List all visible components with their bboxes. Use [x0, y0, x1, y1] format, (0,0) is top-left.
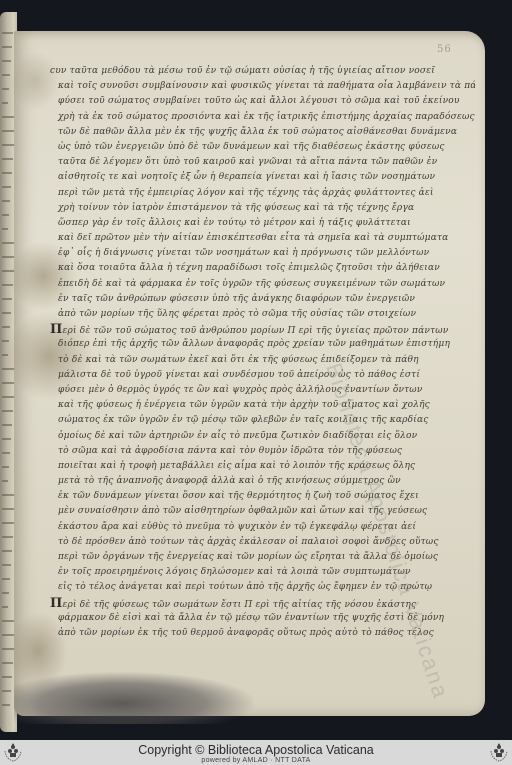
facing-page-text — [2, 144, 14, 146]
manuscript-line: ἐπειδὴ δὲ καὶ τὰ φάρμακα ἐν τοῖς ὑγρῶν τ… — [50, 277, 475, 292]
manuscript-line-text: φάρμακον δὲ εἰσὶ καὶ τὰ ἄλλα ἐν τῷ μέσῳ … — [58, 613, 444, 623]
manuscript-line-text: φύσει μὲν ὁ θερμὸς ὑγρός τε ὢν καὶ ψυχρὸ… — [58, 385, 423, 395]
papal-emblem-icon — [2, 742, 24, 763]
manuscript-line-text: ἐπειδὴ δὲ καὶ τὰ φάρμακα ἐν τοῖς ὑγρῶν τ… — [58, 279, 445, 289]
facing-page-text — [2, 466, 9, 468]
manuscript-line: μάλιστα δὲ τοῦ ὑγροῦ γίνεται καὶ συνδέσμ… — [50, 368, 475, 383]
facing-page-text — [2, 60, 11, 62]
folio-number: 56 — [437, 44, 452, 55]
manuscript-line: χρὴ τὰ ἐκ τοῦ σώματος προσιόντα καὶ ἐκ τ… — [50, 110, 475, 125]
manuscript-line-text: ἐν ταῖς τῶν ἀνθρώπων φύσεσιν ὑπὸ τῆς ἀνά… — [58, 294, 415, 304]
manuscript-line-text: σώματος ἐκ τῶν ὑγρῶν ἐν τῷ μέσῳ τῶν φλεβ… — [58, 415, 429, 425]
manuscript-line: μὲν συναίσθησιν ἀπὸ τῶν αἰσθητηρίων ὀφθα… — [50, 504, 475, 519]
manuscript-line-text: ὥσπερ γὰρ ἐν τοῖς ἄλλοις καὶ ἐν τούτῳ τὸ… — [58, 218, 411, 228]
facing-page-text — [2, 410, 13, 412]
manuscript-line-text: καὶ τῆς φύσεως ἡ ἐνέργεια τῶν ὑγρῶν κατὰ… — [58, 400, 430, 410]
manuscript-line-text: τῶν δὲ παθῶν ἄλλα μὲν ἐκ τῆς ψυχῆς ἄλλα … — [58, 127, 457, 137]
manuscript-line-text: ερὶ δὲ τῆς φύσεως τῶν σωμάτων ἔστι Π ερὶ… — [62, 600, 416, 610]
manuscript-line-text: καὶ δεῖ πρῶτον μὲν τὴν αἰτίαν ἐπισκέπτεσ… — [58, 233, 448, 243]
manuscript-line-text: ἐφ᾽ οἷς ἡ διάγνωσις γίνεται τῶν νοσημάτω… — [58, 248, 429, 258]
papal-emblem-icon — [488, 742, 510, 763]
manuscript-line-text: ἀπὸ τῶν μορίων τῆς ὕλης φέρεται πρὸς τὸ … — [58, 309, 416, 319]
facing-page-text — [2, 536, 13, 538]
manuscript-line-text: αἰσθητοῖς τε καὶ νοητοῖς ἐξ ὧν ἡ θεραπεί… — [58, 172, 435, 182]
facing-page-text — [2, 704, 10, 706]
facing-page-text — [2, 88, 9, 90]
manuscript-line: τὸ δὲ καὶ τὰ τῶν σωμάτων ἐκεῖ καὶ ὅτι ἐκ… — [50, 353, 475, 368]
facing-page-text — [2, 74, 10, 76]
facing-page-text — [2, 186, 11, 188]
facing-page-text — [2, 214, 9, 216]
manuscript-line-text: ϲυν ταῦτα μεθόδου τὰ μέσω τοῦ ἐν τῷ σώμα… — [50, 66, 435, 76]
manuscript-line-text: ὡς ὑπὸ τῶν ἐνεργειῶν ὑπὸ δὲ τῶν δυνάμεων… — [58, 142, 445, 152]
manuscript-line: καὶ δεῖ πρῶτον μὲν τὴν αἰτίαν ἐπισκέπτεσ… — [50, 231, 475, 246]
manuscript-line-text: ἑκάστου ἄρα καὶ εὐθὺς τὸ πνεῦμα τὸ ψυχικ… — [58, 522, 416, 532]
facing-page-text — [2, 564, 11, 566]
facing-page-text — [2, 396, 14, 398]
manuscript-line-text: περὶ τῶν μετὰ τῆς ἐμπειρίας λόγον καὶ τῆ… — [58, 188, 434, 198]
powered-by-text: powered by AMLAD · NTT DATA — [0, 757, 512, 765]
decorated-initial: Π — [50, 322, 62, 337]
manuscript-line: καὶ ὅσα τοιαῦτα ἄλλα ἡ τέχνη παραδίδωσι … — [50, 261, 475, 276]
manuscript-line: τῶν δὲ παθῶν ἄλλα μὲν ἐκ τῆς ψυχῆς ἄλλα … — [50, 125, 475, 140]
manuscript-line: Περὶ δὲ τῶν τοῦ σώματος τοῦ ἀνθρώπου μορ… — [50, 322, 475, 337]
facing-page-text — [2, 200, 10, 202]
manuscript-line-text: διόπερ ἐπὶ τῆς ἀρχῆς τῶν ἄλλων ἀναφορᾶς … — [58, 339, 450, 349]
manuscript-line-text: χρὴ τοίνυν τὸν ἰατρὸν ἐπιστάμενον τὰ τῆς… — [58, 203, 414, 213]
facing-page-text — [2, 32, 13, 34]
facing-page-text — [2, 690, 11, 692]
manuscript-line: καὶ τῆς φύσεως ἡ ἐνέργεια τῶν ὑγρῶν κατὰ… — [50, 398, 475, 413]
facing-page-text — [2, 298, 12, 300]
facing-page-text — [2, 676, 12, 678]
manuscript-line-text: εἰς τὸ τέλος ἀνάγεται καὶ περὶ τούτων ἀπ… — [58, 582, 432, 592]
manuscript-line: διόπερ ἐπὶ τῆς ἀρχῆς τῶν ἄλλων ἀναφορᾶς … — [50, 337, 475, 352]
facing-page-text — [2, 424, 12, 426]
manuscript-line: τὸ σῶμα καὶ τὰ ἀφροδίσια πάντα καὶ τὸν θ… — [50, 444, 475, 459]
facing-page-text — [2, 102, 8, 104]
manuscript-viewer[interactable]: 56 ϲυν ταῦτα μεθόδου τὰ μέσω τοῦ ἐν τῷ σ… — [0, 0, 512, 740]
facing-page-text — [2, 550, 12, 552]
manuscript-line-text: μάλιστα δὲ τοῦ ὑγροῦ γίνεται καὶ συνδέσμ… — [58, 370, 420, 380]
facing-page-text — [2, 172, 12, 174]
manuscript-line: φύσει τοῦ σώματος συμβαίνει τοῦτο ὡς καὶ… — [50, 94, 475, 109]
facing-page-text — [2, 606, 8, 608]
facing-page-text — [2, 480, 8, 482]
facing-page-text — [2, 578, 10, 580]
manuscript-line: ἀπὸ τῶν μορίων τῆς ὕλης φέρεται πρὸς τὸ … — [50, 307, 475, 322]
manuscript-line: ἐν ταῖς τῶν ἀνθρώπων φύσεσιν ὑπὸ τῆς ἀνά… — [50, 292, 475, 307]
manuscript-line: ἐφ᾽ οἷς ἡ διάγνωσις γίνεται τῶν νοσημάτω… — [50, 246, 475, 261]
damaged-corner — [14, 672, 254, 724]
manuscript-line: ϲυν ταῦτα μεθόδου τὰ μέσω τοῦ ἐν τῷ σώμα… — [50, 64, 475, 79]
manuscript-line-text: καὶ τοῖς συνοῦσι συμβαίνουσιν καὶ φυσικῶ… — [58, 81, 475, 91]
facing-page-text — [2, 522, 14, 524]
manuscript-line: ὁμοίως δὲ καὶ τῶν ἀρτηριῶν ἐν αἷς τὸ πνε… — [50, 429, 475, 444]
facing-page-text — [2, 46, 12, 48]
manuscript-line: καὶ τοῖς συνοῦσι συμβαίνουσιν καὶ φυσικῶ… — [50, 79, 475, 94]
manuscript-line-text: μετὰ τὸ τῆς ἀναπνοῆς ἀναφορᾷ ἀλλὰ καὶ ὁ … — [58, 476, 401, 486]
facing-page-text — [2, 158, 13, 160]
manuscript-line: ποιεῖται καὶ ἡ τροφὴ μεταβάλλει εἰς αἷμα… — [50, 459, 475, 474]
facing-page-text — [2, 228, 8, 230]
manuscript-line: μετὰ τὸ τῆς ἀναπνοῆς ἀναφορᾷ ἀλλὰ καὶ ὁ … — [50, 474, 475, 489]
manuscript-line: ὡς ὑπὸ τῶν ἐνεργειῶν ὑπὸ δὲ τῶν δυνάμεων… — [50, 140, 475, 155]
facing-page-text — [2, 592, 9, 594]
manuscript-line-text: ταῦτα δὲ λέγομεν ὅτι ὑπὸ τοῦ καιροῦ καὶ … — [58, 157, 437, 167]
manuscript-line-text: φύσει τοῦ σώματος συμβαίνει τοῦτο ὡς καὶ… — [58, 96, 460, 106]
facing-page-text — [2, 438, 11, 440]
manuscript-line: ἐκ τῶν δυνάμεων γίνεται ὅσον καὶ τῆς θερ… — [50, 489, 475, 504]
copyright-text: Copyright © Biblioteca Apostolica Vatica… — [0, 740, 512, 757]
manuscript-line: ὥσπερ γὰρ ἐν τοῖς ἄλλοις καὶ ἐν τούτῳ τὸ… — [50, 216, 475, 231]
footer: Copyright © Biblioteca Apostolica Vatica… — [0, 740, 512, 765]
manuscript-line: ἑκάστου ἄρα καὶ εὐθὺς τὸ πνεῦμα τὸ ψυχικ… — [50, 520, 475, 535]
manuscript-line: φύσει μὲν ὁ θερμὸς ὑγρός τε ὢν καὶ ψυχρὸ… — [50, 383, 475, 398]
decorated-initial: Π — [50, 596, 62, 611]
manuscript-line-text: χρὴ τὰ ἐκ τοῦ σώματος προσιόντα καὶ ἐκ τ… — [58, 112, 475, 122]
manuscript-line-text: ἀπὸ τῶν μορίων ἐκ τῆς τοῦ θερμοῦ ἀναφορᾶ… — [58, 628, 434, 638]
manuscript-line: αἰσθητοῖς τε καὶ νοητοῖς ἐξ ὧν ἡ θεραπεί… — [50, 170, 475, 185]
manuscript-text: ϲυν ταῦτα μεθόδου τὰ μέσω τοῦ ἐν τῷ σώμα… — [50, 64, 475, 641]
manuscript-line: τὸ δὲ πρόσθεν ἀπὸ τούτων τὰς ἀρχὰς ἐκάλε… — [50, 535, 475, 550]
manuscript-line-text: καὶ ὅσα τοιαῦτα ἄλλα ἡ τέχνη παραδίδωσι … — [58, 263, 440, 273]
facing-page-text — [2, 326, 10, 328]
manuscript-line: σώματος ἐκ τῶν ὑγρῶν ἐν τῷ μέσῳ τῶν φλεβ… — [50, 413, 475, 428]
manuscript-line-text: ερὶ δὲ τῶν τοῦ σώματος τοῦ ἀνθρώπου μορί… — [62, 326, 448, 336]
manuscript-line: περὶ τῶν μετὰ τῆς ἐμπειρίας λόγον καὶ τῆ… — [50, 186, 475, 201]
manuscript-line-text: τὸ δὲ καὶ τὰ τῶν σωμάτων ἐκεῖ καὶ ὅτι ἐκ… — [58, 355, 419, 365]
manuscript-line-text: ἐν τοῖς προειρημένοις λόγοις δηλώσομεν κ… — [58, 567, 411, 577]
facing-page-text — [2, 312, 11, 314]
manuscript-line: χρὴ τοίνυν τὸν ἰατρὸν ἐπιστάμενον τὰ τῆς… — [50, 201, 475, 216]
manuscript-line: ταῦτα δὲ λέγομεν ὅτι ὑπὸ τοῦ καιροῦ καὶ … — [50, 155, 475, 170]
facing-page-text — [2, 452, 10, 454]
